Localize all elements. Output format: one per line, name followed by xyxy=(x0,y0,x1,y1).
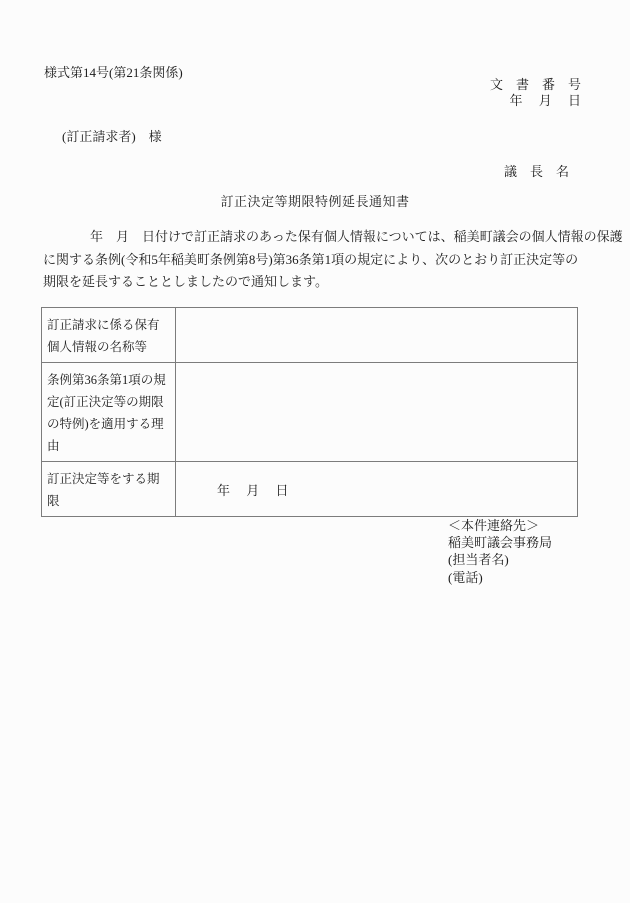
body-line: に関する条例(令和5年稲美町条例第8号)第36条第1項の規定により、次のとおり訂… xyxy=(43,249,593,272)
label-line: 訂正請求に係る保有 xyxy=(47,314,173,336)
body-line: 年 月 日付けで訂正請求のあった保有個人情報については、稲美町議会の個人情報の保… xyxy=(43,226,593,249)
label-line: 条例第36条第1項の規 xyxy=(47,369,173,391)
table-label-cell: 条例第36条第1項の規 定(訂正決定等の期限 の特例)を適用する理 由 xyxy=(42,363,176,462)
table-row: 条例第36条第1項の規 定(訂正決定等の期限 の特例)を適用する理 由 xyxy=(42,363,578,462)
details-table: 訂正請求に係る保有 個人情報の名称等 条例第36条第1項の規 定(訂正決定等の期… xyxy=(41,307,578,517)
chairperson-name-line: 議 長 名 xyxy=(504,161,569,180)
table-value-cell xyxy=(176,363,578,462)
contact-phone: (電話) xyxy=(448,569,552,586)
contact-heading: ＜本件連絡先＞ xyxy=(448,517,552,534)
label-line: 限 xyxy=(47,490,173,512)
table-label-cell: 訂正決定等をする期 限 xyxy=(42,462,176,517)
contact-person: (担当者名) xyxy=(448,551,552,568)
table-row: 訂正決定等をする期 限 年 月 日 xyxy=(42,462,578,517)
table-value-cell xyxy=(176,308,578,363)
header-right-block: 文 書 番 号 年 月 日 xyxy=(490,77,581,109)
date-placeholder: 年 月 日 xyxy=(217,483,289,498)
label-line: 定(訂正決定等の期限 xyxy=(47,391,173,413)
label-line: 個人情報の名称等 xyxy=(47,336,173,358)
body-paragraph: 年 月 日付けで訂正請求のあった保有個人情報については、稲美町議会の個人情報の保… xyxy=(43,226,593,294)
label-line: の特例)を適用する理 xyxy=(47,413,173,435)
document-page: 様式第14号(第21条関係) 文 書 番 号 年 月 日 (訂正請求者) 様 議… xyxy=(0,0,630,903)
label-line: 由 xyxy=(47,435,173,457)
doc-number-placeholder: 文 書 番 号 xyxy=(490,77,581,93)
body-line: 期限を延長することとしましたので通知します。 xyxy=(43,271,593,294)
doc-date-placeholder: 年 月 日 xyxy=(490,93,581,109)
document-title: 訂正決定等期限特例延長通知書 xyxy=(0,191,630,210)
contact-office: 稲美町議会事務局 xyxy=(448,534,552,551)
table-label-cell: 訂正請求に係る保有 個人情報の名称等 xyxy=(42,308,176,363)
addressee-line: (訂正請求者) 様 xyxy=(62,126,162,145)
form-number-label: 様式第14号(第21条関係) xyxy=(44,62,183,81)
table-row: 訂正請求に係る保有 個人情報の名称等 xyxy=(42,308,578,363)
table-value-cell: 年 月 日 xyxy=(176,462,578,517)
label-line: 訂正決定等をする期 xyxy=(47,468,173,490)
contact-info-block: ＜本件連絡先＞ 稲美町議会事務局 (担当者名) (電話) xyxy=(448,517,552,586)
